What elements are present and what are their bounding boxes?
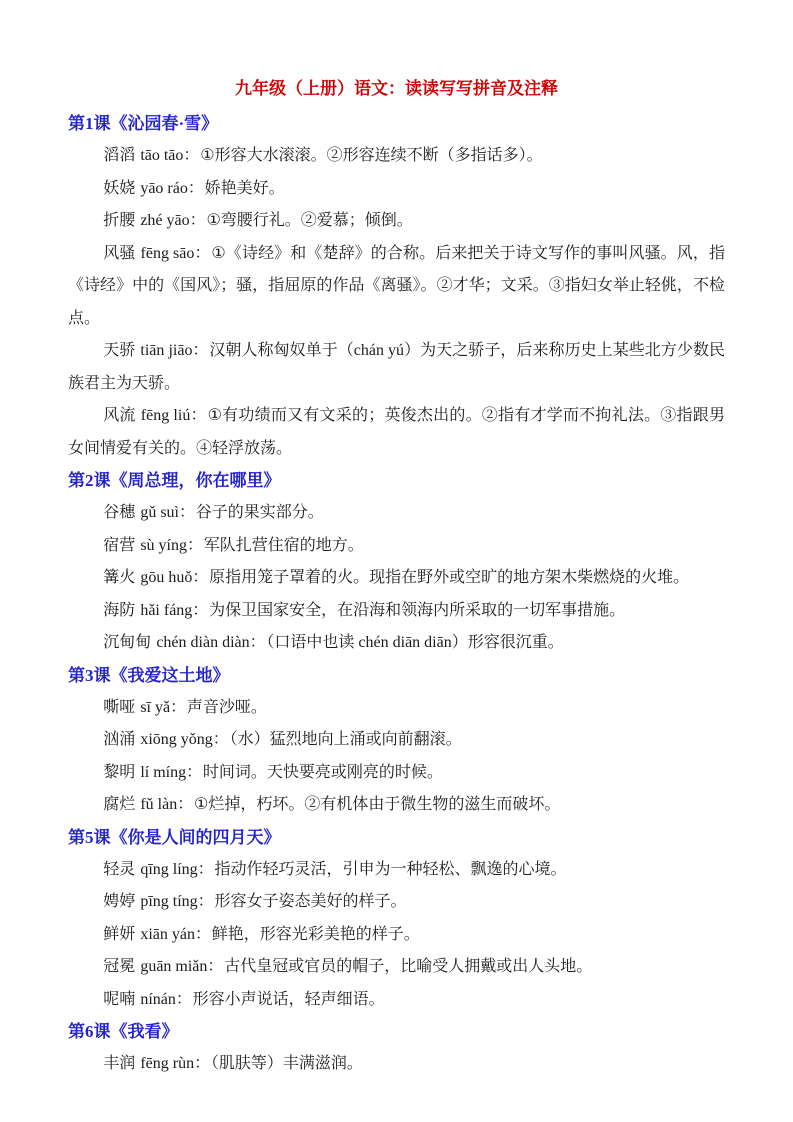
vocab-entry: 风流fēng liú：①有功绩而又有文采的；英俊杰出的。②指有才学而不拘礼法。③… bbox=[68, 400, 725, 465]
entry-colon: ： bbox=[250, 634, 266, 651]
entry-pinyin: sī yǎ bbox=[140, 699, 170, 716]
entry-colon: ： bbox=[213, 731, 229, 748]
entry-definition: 军队扎营住宿的地方。 bbox=[204, 537, 364, 554]
entry-definition: ①形容大水滚滚。②形容连续不断（多指话多）。 bbox=[200, 147, 542, 164]
document-body: 第1课《沁园春·雪》 滔滔tāo tāo：①形容大水滚滚。②形容连续不断（多指话… bbox=[68, 108, 725, 1081]
entry-colon: ： bbox=[198, 861, 214, 878]
entry-definition: 形容女子姿态美好的样子。 bbox=[214, 893, 406, 910]
entry-definition: ①弯腰行礼。②爱慕；倾倒。 bbox=[206, 212, 412, 229]
entry-definition: 古代皇冠或官员的帽子，比喻受人拥戴或出人头地。 bbox=[224, 958, 592, 975]
entry-definition: 为保卫国家安全，在沿海和领海内所采取的一切军事措施。 bbox=[209, 602, 625, 619]
lesson-section: 第5课《你是人间的四月天》 轻灵qīng líng：指动作轻巧灵活，引申为一种轻… bbox=[68, 822, 725, 1017]
entry-pinyin: tāo tāo bbox=[140, 147, 183, 164]
vocab-entry: 呢喃nínán：形容小声说话，轻声细语。 bbox=[68, 984, 725, 1017]
entry-pinyin: fēng rùn bbox=[140, 1055, 194, 1072]
vocab-entry: 黎明lí míng：时间词。天快要亮或刚亮的时候。 bbox=[68, 757, 725, 790]
entry-definition: 声音沙哑。 bbox=[187, 699, 267, 716]
entry-definition: 时间词。天快要亮或刚亮的时候。 bbox=[203, 764, 443, 781]
vocab-entry: 妖娆yāo ráo：娇艳美好。 bbox=[68, 173, 725, 206]
entry-definition: 鲜艳，形容光彩美艳的样子。 bbox=[212, 926, 420, 943]
entry-colon: ： bbox=[192, 602, 208, 619]
entry-term: 呢喃 bbox=[103, 991, 135, 1008]
entry-definition: 指动作轻巧灵活，引申为一种轻松、飘逸的心境。 bbox=[214, 861, 566, 878]
entry-colon: ： bbox=[190, 212, 206, 229]
entry-definition: 娇艳美好。 bbox=[205, 180, 285, 197]
entry-term: 风流 bbox=[103, 407, 135, 424]
vocab-entry: 汹涌xiōng yǒng：（水）猛烈地向上涌或向前翻滚。 bbox=[68, 724, 725, 757]
entry-colon: ： bbox=[207, 958, 223, 975]
entry-term: 腐烂 bbox=[103, 796, 135, 813]
entry-term: 妖娆 bbox=[103, 180, 135, 197]
document-page: 九年级（上册）语文：读读写写拼音及注释 第1课《沁园春·雪》 滔滔tāo tāo… bbox=[0, 0, 793, 1122]
entry-pinyin: fǔ làn bbox=[140, 796, 177, 813]
entry-definition: （肌肤等）丰满滋润。 bbox=[211, 1055, 363, 1072]
section-heading: 第6课《我看》 bbox=[68, 1016, 725, 1048]
section-entries: 滔滔tāo tāo：①形容大水滚滚。②形容连续不断（多指话多）。 妖娆yāo r… bbox=[68, 140, 725, 465]
section-entries: 轻灵qīng líng：指动作轻巧灵活，引申为一种轻松、飘逸的心境。 娉婷pīn… bbox=[68, 854, 725, 1017]
entry-definition: 原指用笼子罩着的火。现指在野外或空旷的地方架木柴燃烧的火堆。 bbox=[209, 569, 689, 586]
entry-colon: ： bbox=[177, 796, 193, 813]
entry-pinyin: xiōng yǒng bbox=[140, 731, 212, 748]
entry-pinyin: xiān yán bbox=[140, 926, 195, 943]
entry-colon: ： bbox=[179, 504, 195, 521]
entry-definition: （水）猛烈地向上涌或向前翻滚。 bbox=[230, 731, 462, 748]
entry-colon: ： bbox=[194, 245, 210, 262]
vocab-entry: 冠冕guān miǎn：古代皇冠或官员的帽子，比喻受人拥戴或出人头地。 bbox=[68, 951, 725, 984]
entry-term: 风骚 bbox=[103, 245, 135, 262]
entry-term: 黎明 bbox=[103, 764, 135, 781]
entry-term: 折腰 bbox=[103, 212, 135, 229]
entry-term: 滔滔 bbox=[103, 147, 135, 164]
entry-definition: ①烂掉，朽坏。②有机体由于微生物的滋生而破坏。 bbox=[194, 796, 560, 813]
entry-colon: ： bbox=[188, 180, 204, 197]
entry-term: 冠冕 bbox=[103, 958, 135, 975]
entry-definition: （口语中也读 chén diān diān）形容很沉重。 bbox=[266, 634, 563, 651]
entry-colon: ： bbox=[170, 699, 186, 716]
entry-colon: ： bbox=[187, 537, 203, 554]
entry-pinyin: zhé yāo bbox=[140, 212, 189, 229]
lesson-section: 第1课《沁园春·雪》 滔滔tāo tāo：①形容大水滚滚。②形容连续不断（多指话… bbox=[68, 108, 725, 465]
entry-term: 娉婷 bbox=[103, 893, 135, 910]
section-heading: 第2课《周总理，你在哪里》 bbox=[68, 465, 725, 497]
vocab-entry: 天骄tiān jiāo：汉朝人称匈奴单于（chán yú）为天之骄子，后来称历史… bbox=[68, 335, 725, 400]
entry-pinyin: pīng tíng bbox=[140, 893, 197, 910]
vocab-entry: 谷穗gǔ suì：谷子的果实部分。 bbox=[68, 497, 725, 530]
vocab-entry: 嘶哑sī yǎ：声音沙哑。 bbox=[68, 692, 725, 725]
vocab-entry: 娉婷pīng tíng：形容女子姿态美好的样子。 bbox=[68, 886, 725, 919]
entry-term: 篝火 bbox=[103, 569, 135, 586]
page-title: 九年级（上册）语文：读读写写拼音及注释 bbox=[68, 76, 725, 102]
entry-pinyin: tiān jiāo bbox=[140, 342, 192, 359]
entry-term: 嘶哑 bbox=[103, 699, 135, 716]
entry-colon: ： bbox=[186, 764, 202, 781]
entry-definition: 形容小声说话，轻声细语。 bbox=[193, 991, 385, 1008]
vocab-entry: 宿营sù yíng：军队扎营住宿的地方。 bbox=[68, 530, 725, 563]
vocab-entry: 滔滔tāo tāo：①形容大水滚滚。②形容连续不断（多指话多）。 bbox=[68, 140, 725, 173]
entry-pinyin: nínán bbox=[140, 991, 176, 1008]
entry-pinyin: lí míng bbox=[140, 764, 186, 781]
vocab-entry: 丰润fēng rùn：（肌肤等）丰满滋润。 bbox=[68, 1048, 725, 1081]
entry-colon: ： bbox=[194, 1055, 210, 1072]
vocab-entry: 轻灵qīng líng：指动作轻巧灵活，引申为一种轻松、飘逸的心境。 bbox=[68, 854, 725, 887]
lesson-section: 第6课《我看》 丰润fēng rùn：（肌肤等）丰满滋润。 bbox=[68, 1016, 725, 1081]
entry-pinyin: guān miǎn bbox=[140, 958, 207, 975]
entry-colon: ： bbox=[192, 342, 208, 359]
entry-term: 轻灵 bbox=[103, 861, 135, 878]
section-entries: 嘶哑sī yǎ：声音沙哑。 汹涌xiōng yǒng：（水）猛烈地向上涌或向前翻… bbox=[68, 692, 725, 822]
entry-pinyin: fēng sāo bbox=[141, 245, 195, 262]
vocab-entry: 腐烂fǔ làn：①烂掉，朽坏。②有机体由于微生物的滋生而破坏。 bbox=[68, 789, 725, 822]
entry-pinyin: qīng líng bbox=[140, 861, 197, 878]
section-entries: 谷穗gǔ suì：谷子的果实部分。 宿营sù yíng：军队扎营住宿的地方。 篝… bbox=[68, 497, 725, 660]
vocab-entry: 折腰zhé yāo：①弯腰行礼。②爱慕；倾倒。 bbox=[68, 205, 725, 238]
vocab-entry: 海防hǎi fáng：为保卫国家安全，在沿海和领海内所采取的一切军事措施。 bbox=[68, 595, 725, 628]
entry-colon: ： bbox=[176, 991, 192, 1008]
vocab-entry: 沉甸甸chén diàn diàn：（口语中也读 chén diān diān）… bbox=[68, 627, 725, 660]
entry-term: 宿营 bbox=[103, 537, 135, 554]
entry-pinyin: chén diàn diàn bbox=[156, 634, 249, 651]
entry-colon: ： bbox=[198, 893, 214, 910]
entry-term: 沉甸甸 bbox=[103, 634, 151, 651]
entry-term: 汹涌 bbox=[103, 731, 135, 748]
entry-pinyin: yāo ráo bbox=[140, 180, 188, 197]
entry-term: 丰润 bbox=[103, 1055, 135, 1072]
lesson-section: 第3课《我爱这土地》 嘶哑sī yǎ：声音沙哑。 汹涌xiōng yǒng：（水… bbox=[68, 660, 725, 822]
entry-definition: 谷子的果实部分。 bbox=[196, 504, 324, 521]
entry-pinyin: gǔ suì bbox=[140, 504, 179, 521]
entry-colon: ： bbox=[190, 407, 206, 424]
vocab-entry: 风骚fēng sāo：①《诗经》和《楚辞》的合称。后来把关于诗文写作的事叫风骚。… bbox=[68, 238, 725, 336]
section-heading: 第1课《沁园春·雪》 bbox=[68, 108, 725, 140]
section-entries: 丰润fēng rùn：（肌肤等）丰满滋润。 bbox=[68, 1048, 725, 1081]
entry-pinyin: hǎi fáng bbox=[140, 602, 192, 619]
entry-colon: ： bbox=[195, 926, 211, 943]
entry-term: 鲜妍 bbox=[103, 926, 135, 943]
entry-colon: ： bbox=[192, 569, 208, 586]
entry-term: 海防 bbox=[103, 602, 135, 619]
vocab-entry: 鲜妍xiān yán：鲜艳，形容光彩美艳的样子。 bbox=[68, 919, 725, 952]
vocab-entry: 篝火gōu huǒ：原指用笼子罩着的火。现指在野外或空旷的地方架木柴燃烧的火堆。 bbox=[68, 562, 725, 595]
entry-colon: ： bbox=[183, 147, 199, 164]
section-heading: 第3课《我爱这土地》 bbox=[68, 660, 725, 692]
entry-pinyin: fēng liú bbox=[141, 407, 191, 424]
entry-pinyin: gōu huǒ bbox=[140, 569, 192, 586]
section-heading: 第5课《你是人间的四月天》 bbox=[68, 822, 725, 854]
entry-pinyin: sù yíng bbox=[140, 537, 187, 554]
entry-term: 谷穗 bbox=[103, 504, 135, 521]
lesson-section: 第2课《周总理，你在哪里》 谷穗gǔ suì：谷子的果实部分。 宿营sù yín… bbox=[68, 465, 725, 660]
entry-term: 天骄 bbox=[103, 342, 135, 359]
